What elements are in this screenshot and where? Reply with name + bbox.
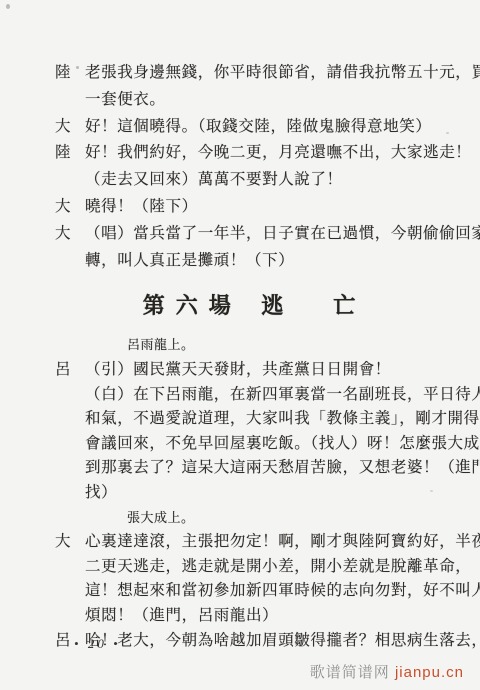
line-text: 呂雨龍上。 xyxy=(127,333,195,358)
script-line: 會議回來，不免早回屋裏吃飯。（找人）呀！怎麼張大成 xyxy=(55,432,457,457)
line-text: 煩悶！（進門，呂雨龍出） xyxy=(85,604,278,629)
script-line: 到那裏去了？這呆大這兩天愁眉苦臉，又想老婆！（進門 xyxy=(55,456,457,481)
script-line: （走去又回來）萬萬不要對人說了！ xyxy=(55,167,457,194)
speaker-label: 呂 xyxy=(55,358,85,383)
speaker-label: 大 xyxy=(55,530,85,555)
line-text: 二更天逃走，逃走就是開小差，開小差就是脫離革命， xyxy=(85,555,471,580)
script-line: （白）在下呂雨龍，在新四軍裏當一名副班長，平日待人 xyxy=(55,383,457,408)
page-number: • 20 • xyxy=(74,636,121,652)
script-line: 大 心裏達達滾，主張把勿定！啊，剛才與陸阿寶約好，半夜 xyxy=(55,530,457,555)
line-text: 到那裏去了？這呆大這兩天愁眉苦臉，又想老婆！（進門 xyxy=(85,456,480,481)
scene-number: 第六場 xyxy=(143,293,242,318)
scanned-script-page: 陸 老張我身邊無錢，你平時很節省，請借我抗幣五十元，買 一套便衣。 大 好！這個… xyxy=(0,0,480,690)
script-line: 一套便衣。 xyxy=(55,87,457,114)
speaker-label: 大 xyxy=(55,221,85,248)
scan-artifact xyxy=(6,4,10,9)
speaker-label: 陸 xyxy=(55,140,85,167)
script-line: 呂雨龍上。 xyxy=(55,333,457,358)
scene-heading: 第六場 逃 亡 xyxy=(55,289,457,320)
watermark-site-name: 歌谱简谱网 xyxy=(310,664,390,681)
line-text: 好！這個曉得。（取錢交陸，陸做鬼臉得意地笑） xyxy=(85,114,431,141)
line-text: 心裏達達滾，主張把勿定！啊，剛才與陸阿寶約好，半夜 xyxy=(85,530,480,555)
line-text: 哈！老大，今朝為啥越加眉頭皺得攏者？相思病生落去， xyxy=(85,629,480,654)
script-line: 煩悶！（進門，呂雨龍出） xyxy=(55,604,457,629)
line-text: 會議回來，不免早回屋裏吃飯。（找人）呀！怎麼張大成 xyxy=(85,432,480,457)
line-text: （白）在下呂雨龍，在新四軍裏當一名副班長，平日待人 xyxy=(85,383,480,408)
script-line: 張大成上。 xyxy=(55,506,457,531)
script-line: 大 好！這個曉得。（取錢交陸，陸做鬼臉得意地笑） xyxy=(55,114,457,141)
line-text: 和氣，不過愛說道理，大家叫我「教條主義」，剛才開得 xyxy=(85,407,480,432)
line-text: （唱）當兵當了一年半，日子實在已過慣，今朝偷偷回家 xyxy=(85,221,480,248)
watermark-domain: jianpu.cn xyxy=(395,664,464,681)
line-text: 張大成上。 xyxy=(127,506,195,531)
dialogue-block-after-heading: 呂雨龍上。 呂 （引）國民黨天天發財，共產黨日日開會！ （白）在下呂雨龍，在新四… xyxy=(55,333,457,653)
line-text: 找） xyxy=(85,481,117,506)
line-text: 轉，叫人真正是攤頑！（下） xyxy=(85,248,294,275)
script-line: 轉，叫人真正是攤頑！（下） xyxy=(55,248,457,275)
script-line: 和氣，不過愛說道理，大家叫我「教條主義」，剛才開得 xyxy=(55,407,457,432)
script-line: 陸 好！我們約好，今晚二更，月亮還嘸不出，大家逃走！ xyxy=(55,140,457,167)
scene-title: 逃 亡 xyxy=(261,293,369,318)
line-text: （引）國民黨天天發財，共產黨日日開會！ xyxy=(85,358,391,383)
line-text: （走去又回來）萬萬不要對人說了！ xyxy=(85,167,343,194)
line-text: 老張我身邊無錢，你平時很節省，請借我抗幣五十元，買 xyxy=(85,60,480,87)
script-line: 陸 老張我身邊無錢，你平時很節省，請借我抗幣五十元，買 xyxy=(55,60,457,87)
script-line: 找） xyxy=(55,481,457,506)
script-line: 呂 （引）國民黨天天發財，共產黨日日開會！ xyxy=(55,358,457,383)
page-number-value: 20 xyxy=(88,636,107,651)
line-text: 一套便衣。 xyxy=(85,87,166,114)
line-text: 這！想起來和當初參加新四軍時候的志向勿對，好不叫人 xyxy=(85,579,480,604)
script-line: 大 曉得！（陸下） xyxy=(55,194,457,221)
speaker-label: 大 xyxy=(55,114,85,141)
page-number-dot-right: • xyxy=(113,636,121,651)
page-number-dot-left: • xyxy=(74,636,82,651)
script-line: 二更天逃走，逃走就是開小差，開小差就是脫離革命， xyxy=(55,555,457,580)
line-text: 曉得！（陸下） xyxy=(85,194,198,221)
script-line: 這！想起來和當初參加新四軍時候的志向勿對，好不叫人 xyxy=(55,579,457,604)
speaker-label: 大 xyxy=(55,194,85,221)
site-watermark: 歌谱简谱网 jianpu.cn xyxy=(310,661,464,682)
speaker-label: 陸 xyxy=(55,60,85,87)
script-line: 大 （唱）當兵當了一年半，日子實在已過慣，今朝偷偷回家 xyxy=(55,221,457,248)
line-text: 好！我們約好，今晚二更，月亮還嘸不出，大家逃走！ xyxy=(85,140,471,167)
dialogue-block-before-heading: 陸 老張我身邊無錢，你平時很節省，請借我抗幣五十元，買 一套便衣。 大 好！這個… xyxy=(55,60,457,274)
page-content: 陸 老張我身邊無錢，你平時很節省，請借我抗幣五十元，買 一套便衣。 大 好！這個… xyxy=(55,60,457,653)
